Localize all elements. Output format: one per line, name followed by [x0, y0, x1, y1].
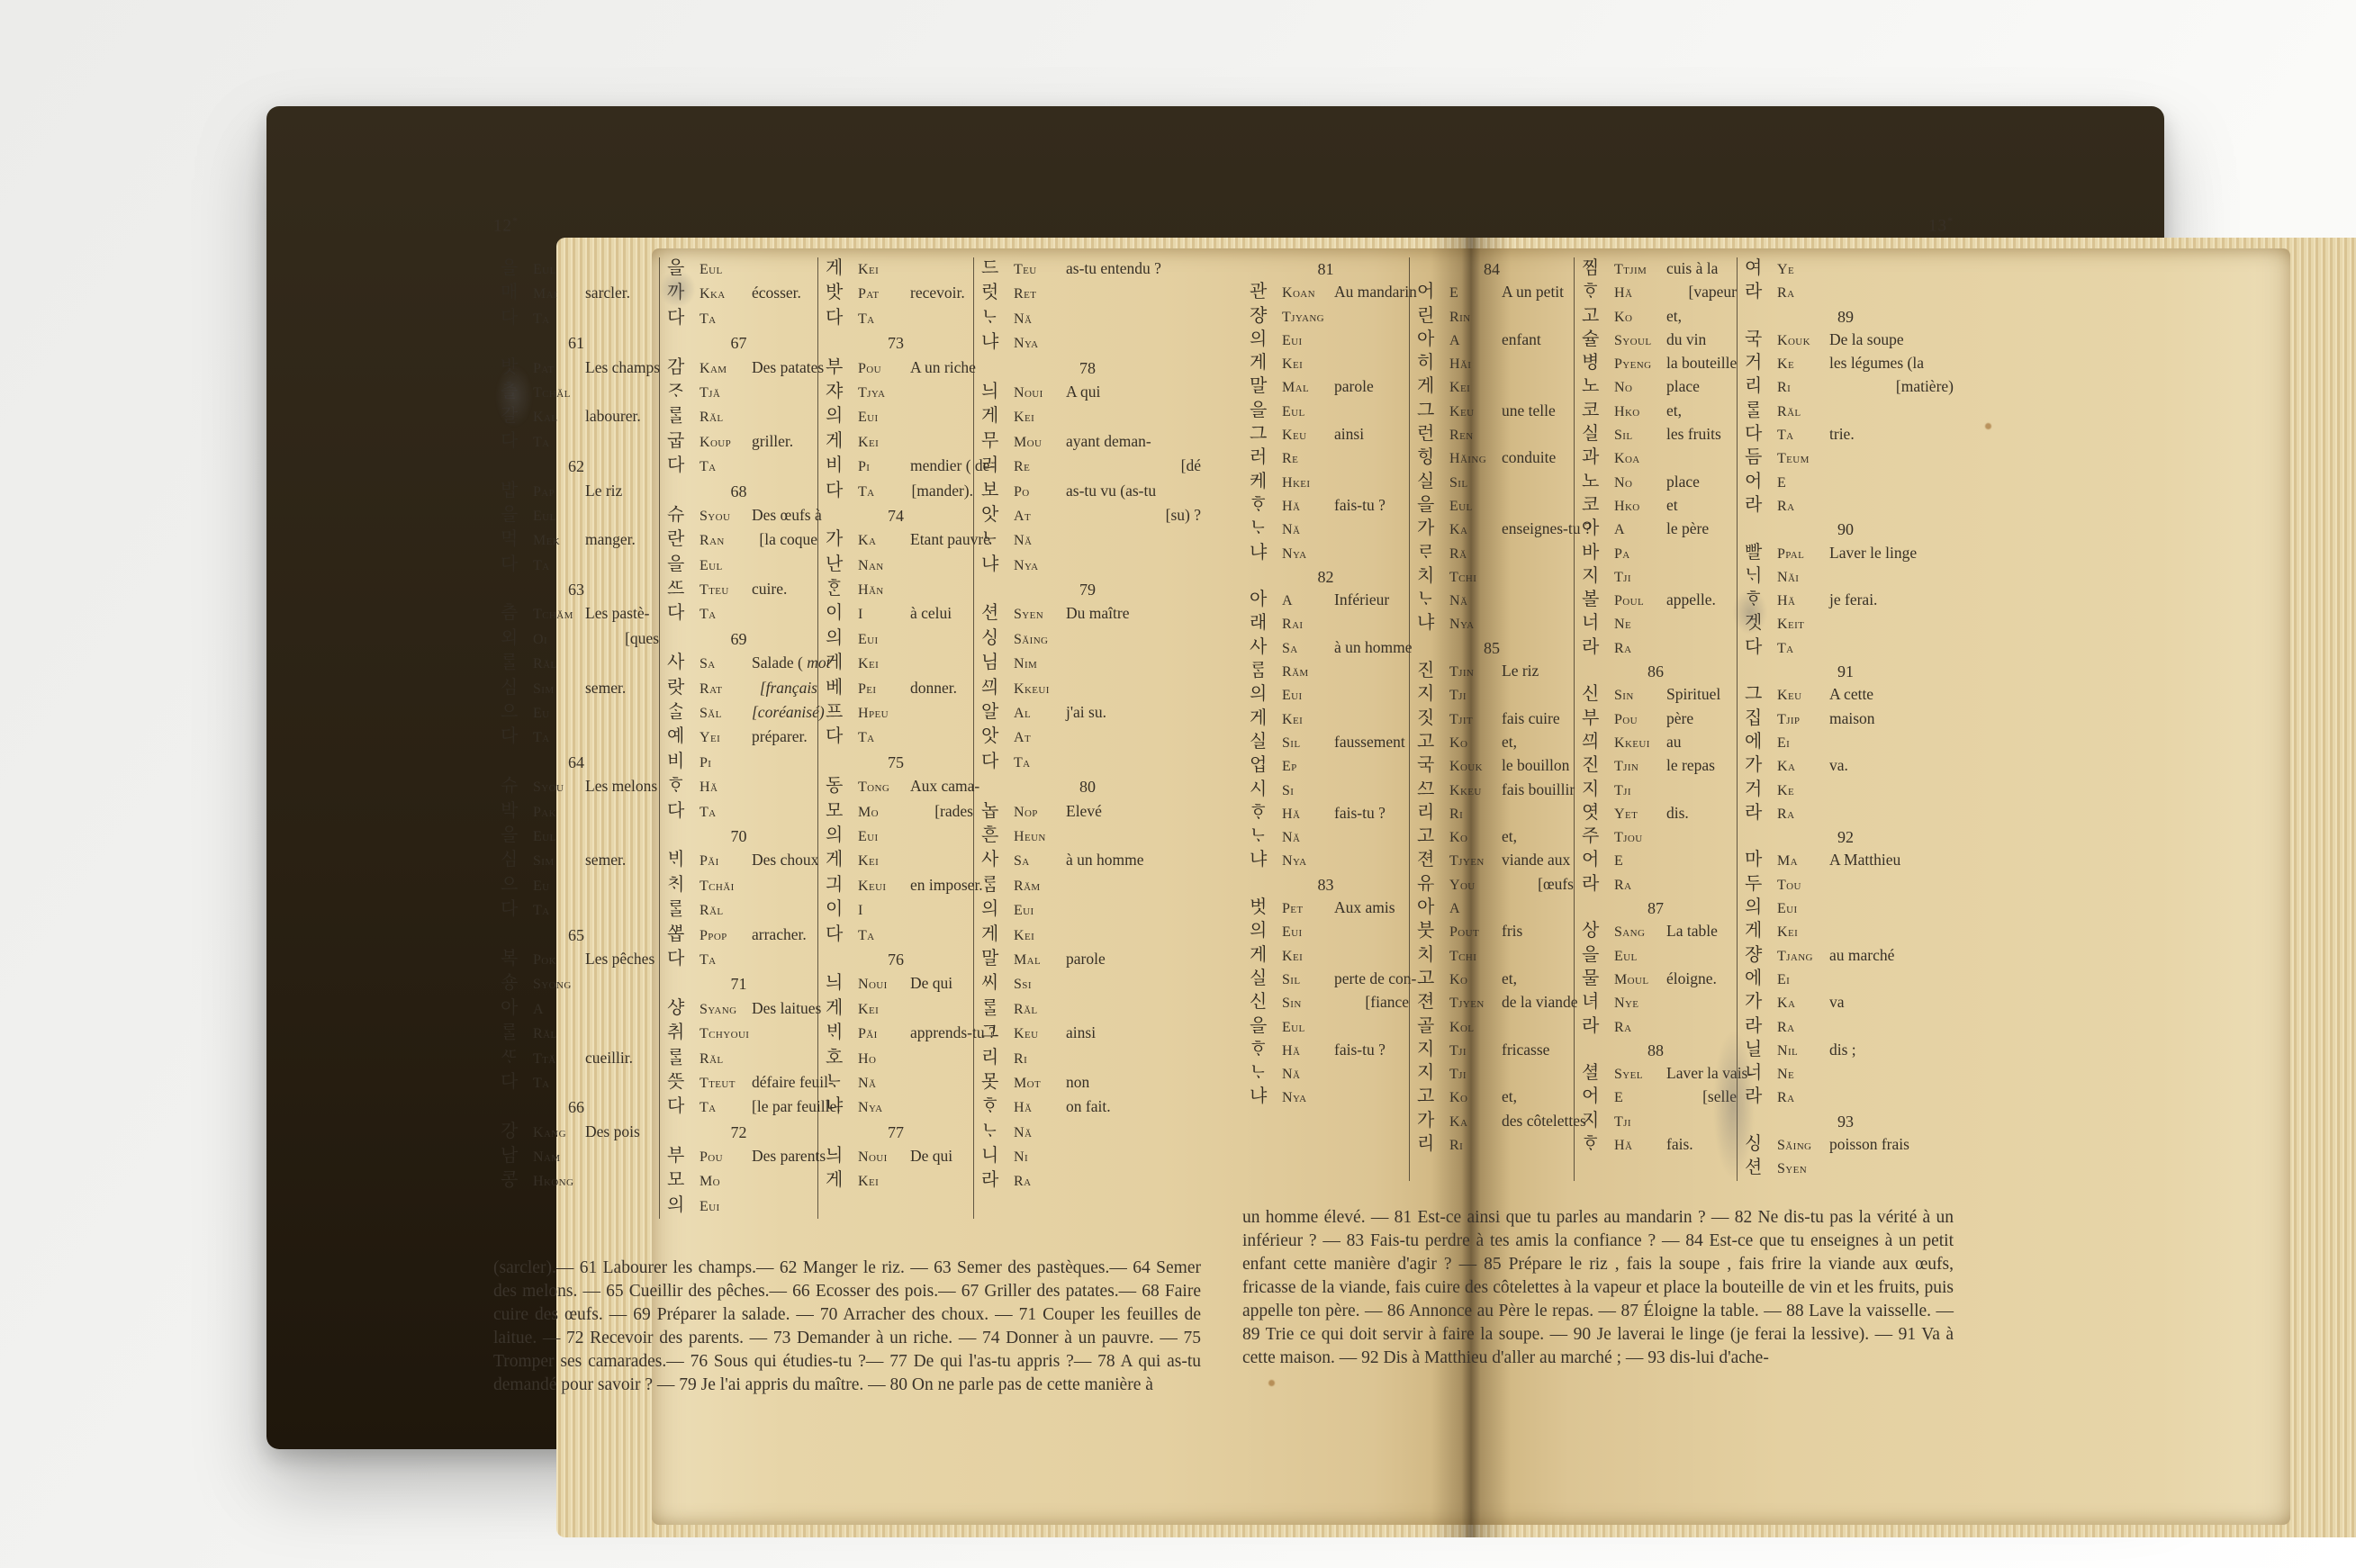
vocabulary-columns-right: 81관KoanAu mandarin쟝Tjyang의Eui게Kei말Malpar… — [1242, 257, 1954, 1181]
romanization: Tjyen — [1449, 996, 1502, 1012]
french-gloss: La table — [1666, 922, 1737, 941]
french-gloss: au — [1666, 733, 1737, 752]
hangul-glyph: 심 — [501, 849, 533, 869]
french-gloss: Laver le linge — [1829, 544, 1954, 563]
hangul-glyph: 골 — [1417, 1015, 1449, 1035]
hangul-glyph: 슈 — [667, 504, 700, 524]
section-number: 80 — [974, 775, 1201, 799]
french-gloss: et, — [1502, 969, 1574, 988]
romanization: Mal — [1282, 380, 1334, 396]
french-gloss: Des parents — [752, 1147, 826, 1166]
entry-row: 지Tji — [1410, 1062, 1574, 1086]
french-gloss: fais cuire — [1502, 709, 1574, 728]
romanization: Pout — [1449, 924, 1502, 941]
entry-row: 의Eui — [1738, 897, 1954, 920]
romanization: Syou — [533, 779, 585, 796]
hangul-glyph: 주 — [1582, 825, 1614, 845]
romanization: Ra — [1777, 499, 1829, 515]
hangul-glyph: 고 — [1582, 305, 1614, 325]
hangul-glyph: 비 — [667, 751, 700, 770]
hangul-glyph: 션 — [981, 602, 1014, 622]
romanization: Hăn — [858, 582, 910, 599]
entry-row: 의Eui — [660, 1194, 817, 1219]
hangul-glyph: 고 — [1417, 1086, 1449, 1105]
hangul-glyph: 까 — [667, 282, 700, 302]
entry-row: 동TongAux cama- — [818, 775, 973, 799]
entry-row: 다Ta[mander). — [818, 480, 973, 504]
french-gloss: et — [1666, 496, 1737, 515]
hangul-glyph: 라 — [1745, 494, 1777, 514]
french-gloss: éloigne. — [1666, 969, 1737, 988]
romanization: Noui — [1014, 385, 1066, 401]
romanization: A — [1449, 333, 1502, 349]
hangul-glyph: 부 — [1582, 707, 1614, 727]
romanization: Ret — [1014, 286, 1066, 302]
hangul-glyph: 보 — [981, 480, 1014, 500]
romanization: Ta — [700, 311, 752, 328]
hangul-glyph: 겟 — [1745, 612, 1777, 632]
hangul-glyph: 쟝 — [1250, 305, 1282, 325]
hangul-glyph: 이 — [826, 898, 858, 918]
hangul-glyph: 드 — [981, 257, 1014, 277]
entry-row: 게Kei — [974, 405, 1201, 429]
french-gloss: Aux cama- — [910, 777, 979, 796]
entry-row: 못Motnon — [974, 1071, 1201, 1095]
section-number: 81 — [1242, 257, 1409, 281]
entry-row: 앗At[su) ? — [974, 504, 1201, 528]
section-number: 75 — [818, 751, 973, 775]
romanization: Ra — [1614, 1020, 1666, 1036]
hangul-glyph: 라 — [1745, 802, 1777, 822]
hangul-glyph: ᄭᅴ — [1582, 731, 1614, 751]
hangul-glyph: 엿 — [1582, 802, 1614, 822]
french-gloss: De qui — [910, 974, 973, 993]
romanization: Kei — [858, 1174, 910, 1190]
entry-row: 쟝Tjangau marché — [1738, 944, 1954, 968]
romanization: Păi — [700, 853, 752, 870]
section-number: 73 — [818, 331, 973, 356]
romanization: Ei — [1777, 972, 1829, 988]
hangul-glyph: ᄅᆞᆷ — [981, 874, 1014, 894]
entry-row: 다Ta — [1738, 636, 1954, 660]
romanization: Kei — [1014, 410, 1066, 426]
hangul-glyph: 남 — [501, 1145, 533, 1165]
entry-row: 라Ra — [1738, 494, 1954, 518]
hangul-glyph: 게 — [826, 997, 858, 1017]
hangul-glyph: 라 — [1582, 636, 1614, 656]
hangul-glyph: ᄅᆞᆯ — [501, 1022, 533, 1041]
hangul-glyph: 다 — [667, 800, 700, 820]
french-gloss: faussement — [1334, 733, 1409, 752]
romanization: Răl — [700, 410, 752, 426]
entry-row: 부PouA un riche — [818, 356, 973, 381]
hangul-glyph: 과 — [1582, 446, 1614, 466]
hangul-glyph: 의 — [1745, 897, 1777, 916]
entry-row: ᄅᆞRă — [1410, 542, 1574, 565]
entry-row: 진TjinLe riz — [1410, 660, 1574, 683]
hangul-glyph: 알 — [981, 701, 1014, 721]
romanization: Ta — [533, 730, 585, 746]
entry-row: 복PokLes pêches — [493, 948, 659, 972]
hangul-glyph: 코 — [1582, 494, 1614, 514]
romanization: You — [1449, 878, 1502, 894]
hangul-glyph: 님 — [981, 652, 1014, 671]
section-number: 65 — [493, 924, 659, 948]
hangul-glyph: 의 — [1250, 683, 1282, 703]
hangul-glyph: 냐 — [826, 1095, 858, 1115]
entry-row: 알Alj'ai su. — [974, 701, 1201, 725]
romanization: Tchi — [1449, 949, 1502, 965]
hangul-glyph: ᄒᆞ — [1250, 494, 1282, 514]
romanization: Keui — [858, 879, 910, 895]
romanization: Sim — [533, 681, 585, 698]
french-gloss: Inférieur — [1334, 590, 1409, 609]
hangul-glyph: 냐 — [1250, 1086, 1282, 1105]
entry-row: ᄒᆞHă — [660, 775, 817, 799]
entry-row: ᄇᆡPăiDes choux — [660, 849, 817, 873]
entry-row: 취Tchyoui — [660, 1022, 817, 1046]
entry-row: 아A — [1410, 897, 1574, 920]
french-gloss: les fruits — [1666, 425, 1737, 444]
french-gloss: A cette — [1829, 685, 1954, 704]
entry-row: ᄒᆞHăfais-tu ? — [1242, 494, 1409, 518]
hangul-glyph: ᄌᆞ — [667, 381, 700, 401]
romanization: Eul — [1282, 404, 1334, 420]
french-gloss: fris — [1502, 922, 1574, 941]
french-gloss: place — [1666, 377, 1737, 396]
hangul-glyph: 늬 — [826, 1145, 858, 1165]
romanization: Eul — [1614, 949, 1666, 965]
french-gloss: fais-tu ? — [1334, 1041, 1409, 1059]
romanization: Nop — [1014, 805, 1066, 821]
french-gloss: Des patates — [752, 358, 824, 377]
french-gloss: Des œufs à — [752, 506, 822, 525]
entry-row: 치Tchi — [1410, 565, 1574, 589]
hangul-glyph: 고 — [1417, 968, 1449, 987]
hangul-glyph: 어 — [1582, 849, 1614, 869]
romanization: Sang — [1614, 924, 1666, 941]
hangul-glyph: 듬 — [1745, 446, 1777, 466]
section-number: 69 — [660, 627, 817, 652]
romanization: Hpeu — [858, 706, 910, 722]
entry-row: 가KaEtant pauvre — [818, 528, 973, 553]
romanization: Tji — [1449, 1067, 1502, 1083]
romanization: Kol — [1449, 1020, 1502, 1036]
hangul-glyph: 게 — [1250, 352, 1282, 372]
romanization: Tou — [1777, 878, 1829, 894]
romanization: Mot — [1014, 1076, 1066, 1092]
french-gloss: enfant — [1502, 330, 1574, 349]
entry-row: 지Tji — [1575, 1110, 1737, 1133]
entry-row: 무Mouayant deman- — [974, 430, 1201, 455]
hangul-glyph: 그 — [1417, 400, 1449, 419]
hangul-glyph: 지 — [1417, 683, 1449, 703]
hangul-glyph: 다 — [667, 948, 700, 968]
french-gloss: parole — [1066, 950, 1201, 969]
romanization: Pou — [1614, 712, 1666, 728]
romanization: Nă — [1282, 830, 1334, 846]
french-gloss: du vin — [1666, 330, 1737, 349]
section-number: 85 — [1410, 636, 1574, 660]
photo-background: 12* 을Eul매Maisarcler.다Ta61밧PatLes champs츨… — [0, 0, 2356, 1568]
entry-row: 니Ni — [974, 1145, 1201, 1169]
romanization: Pok — [533, 952, 585, 969]
romanization: Pa — [1614, 546, 1666, 563]
hangul-glyph: 다 — [667, 307, 700, 327]
french-gloss: semer. — [585, 851, 659, 870]
romanization: Al — [1014, 706, 1066, 722]
french-gloss: place — [1666, 473, 1737, 491]
entry-row: ᄂᆞNă — [1242, 825, 1409, 849]
french-gloss: Le riz — [585, 482, 659, 500]
romanization: Pi — [700, 755, 752, 771]
romanization: Hăing — [1449, 451, 1502, 467]
entry-row: ᄉᆞᆯSăl[coréanisé) — [660, 701, 817, 725]
hangul-glyph: 볼 — [1582, 589, 1614, 608]
hangul-glyph: 으 — [501, 701, 533, 721]
romanization: Hă — [1014, 1100, 1066, 1116]
romanization: Ta — [858, 311, 910, 328]
hangul-glyph: 의 — [667, 1194, 700, 1214]
entry-row: 비Pi — [660, 751, 817, 775]
hangul-glyph: 못 — [981, 1071, 1014, 1091]
entry-row: 씨Ssi — [974, 972, 1201, 996]
entry-row: ᄂᆞNă — [1410, 589, 1574, 612]
hangul-glyph: 랏 — [667, 677, 700, 697]
french-gloss: dis ; — [1829, 1041, 1954, 1059]
romanization: Tjit — [1449, 712, 1502, 728]
romanization: Ka — [1777, 759, 1829, 775]
romanization: Tjang — [1777, 949, 1829, 965]
french-gloss: et, — [1502, 1087, 1574, 1106]
romanization: Keit — [1777, 617, 1829, 633]
french-gloss: et, — [1666, 401, 1737, 420]
romanization: Pou — [700, 1149, 752, 1166]
romanization: I — [858, 903, 910, 919]
hangul-glyph: ᄅᆞᆯ — [667, 405, 700, 425]
section-number: 70 — [660, 825, 817, 849]
romanization: Eul — [533, 509, 585, 525]
hangul-glyph: 국 — [1745, 329, 1777, 348]
romanization: Eu — [533, 879, 585, 895]
romanization: E — [1614, 1090, 1666, 1106]
french-gloss: ainsi — [1066, 1023, 1201, 1042]
hangul-glyph: 가 — [1745, 754, 1777, 774]
hangul-glyph: 치 — [1417, 944, 1449, 964]
romanization: Răl — [533, 656, 585, 672]
hangul-glyph: 지 — [1582, 1110, 1614, 1130]
romanization: Ka — [1777, 996, 1829, 1012]
column: 게Kei밧Patrecevoir.다Ta73부PouA un riche쟈Tjy… — [818, 257, 974, 1219]
hangul-glyph: 진 — [1582, 754, 1614, 774]
entry-row: 어E — [1738, 471, 1954, 494]
french-gloss: [matière) — [1829, 377, 1954, 396]
hangul-glyph: 밥 — [501, 480, 533, 500]
hangul-glyph: 국 — [1417, 754, 1449, 774]
hangul-glyph: 을 — [1417, 494, 1449, 514]
hangul-glyph: 니 — [981, 1145, 1014, 1165]
entry-row: 젼Tjyende la viande — [1410, 991, 1574, 1014]
romanization: Nă — [1282, 522, 1334, 538]
romanization: Tjin — [1614, 759, 1666, 775]
hangul-glyph: 베 — [826, 677, 858, 697]
romanization: No — [1614, 380, 1666, 396]
hangul-glyph: 어 — [1745, 471, 1777, 491]
hangul-glyph: 다 — [826, 924, 858, 943]
romanization: Kei — [858, 435, 910, 451]
hangul-glyph: 업 — [1250, 754, 1282, 774]
french-gloss: va. — [1829, 756, 1954, 775]
hangul-glyph: 거 — [1745, 352, 1777, 372]
hangul-glyph: 사 — [1250, 636, 1282, 656]
entry-row: 라Ra — [1575, 1015, 1737, 1039]
entry-row: 과Koa — [1575, 446, 1737, 470]
hangul-glyph: 그 — [1250, 423, 1282, 443]
romanization: Hă — [1777, 593, 1829, 609]
section-number: 66 — [493, 1095, 659, 1120]
french-gloss: [la coque — [752, 530, 817, 549]
hangul-glyph: 냐 — [1250, 849, 1282, 869]
entry-row: 신SinSpirituel — [1575, 683, 1737, 707]
french-gloss: une telle — [1502, 401, 1574, 420]
entry-row: 게Kei — [818, 652, 973, 676]
entry-row: 모Mo — [660, 1169, 817, 1194]
hangul-glyph: 싱 — [981, 627, 1014, 647]
hangul-glyph: 짓 — [1417, 707, 1449, 727]
entry-row: 을Eul — [660, 554, 817, 578]
entry-row: 숑Syong — [493, 972, 659, 996]
hangul-glyph: 난 — [826, 554, 858, 573]
entry-row: 가Kaenseignes-tu ? — [1410, 518, 1574, 541]
column: 드Teuas-tu entendu ?럿RetᄂᆞNă냐Nya78늬NouiA … — [974, 257, 1201, 1219]
french-gloss: écosser. — [752, 284, 817, 302]
entry-row: 빨PpalLaver le linge — [1738, 542, 1954, 565]
french-gloss: Du maître — [1066, 604, 1201, 623]
entry-row: 라Ra — [1738, 1086, 1954, 1109]
romanization: Săing — [1014, 632, 1066, 648]
section-number: 78 — [974, 356, 1201, 381]
entry-row: 여Ye — [1738, 257, 1954, 281]
entry-row: 붓Poutfris — [1410, 920, 1574, 943]
entry-row: 리Ri — [974, 1047, 1201, 1071]
romanization: Hkei — [1282, 475, 1334, 491]
french-gloss: [mander). — [910, 482, 973, 500]
romanization: Kei — [1014, 928, 1066, 944]
entry-row: 가Kava — [1738, 991, 1954, 1014]
romanization: Moul — [1614, 972, 1666, 988]
section-number: 86 — [1575, 660, 1737, 683]
romanization: Pak — [533, 805, 585, 821]
hangul-glyph: 린 — [1417, 305, 1449, 325]
romanization: Ta — [1777, 641, 1829, 657]
romanization: Poul — [1614, 593, 1666, 609]
entry-row: 밧Patrecevoir. — [818, 282, 973, 306]
entry-row: 베Peidonner. — [818, 677, 973, 701]
entry-row: 실Silfaussement — [1242, 731, 1409, 754]
romanization: Yei — [700, 730, 752, 746]
entry-row: 실Silles fruits — [1575, 423, 1737, 446]
entry-row: 을Eul — [493, 257, 659, 282]
hangul-glyph: 리 — [1417, 1133, 1449, 1153]
entry-row: 늬NouiA qui — [974, 381, 1201, 405]
entry-row: 먹Mekmanger. — [493, 528, 659, 553]
entry-row: 의Eui — [1242, 920, 1409, 943]
entry-row: 쟝Tjyang — [1242, 305, 1409, 329]
entry-row: 보Poas-tu vu (as-tu — [974, 480, 1201, 504]
entry-row: 다Tatrie. — [1738, 423, 1954, 446]
romanization: Ko — [1449, 735, 1502, 752]
hangul-glyph: 마 — [1745, 849, 1777, 869]
page-number-left: 12* — [493, 214, 1201, 241]
entry-row: 사Saà un homme — [974, 849, 1201, 873]
column: 81관KoanAu mandarin쟝Tjyang의Eui게Kei말Malpar… — [1242, 257, 1410, 1181]
romanization: Eui — [1777, 901, 1829, 917]
romanization: Ppop — [700, 928, 752, 944]
entry-row: 그Keuainsi — [974, 1022, 1201, 1046]
hangul-glyph: 사 — [981, 849, 1014, 869]
romanization: Tji — [1614, 1114, 1666, 1131]
romanization: Mek — [533, 533, 585, 549]
entry-row: 실Sil — [1410, 471, 1574, 494]
entry-row: ᄅᆞᆯRăl — [660, 898, 817, 923]
romanization: Ta — [858, 730, 910, 746]
hangul-glyph: 아 — [501, 997, 533, 1017]
romanization: Nam — [533, 1149, 585, 1166]
hangul-glyph: 지 — [1417, 1062, 1449, 1082]
french-gloss: cuis à la — [1666, 259, 1737, 278]
entry-row: 럿Ret — [974, 282, 1201, 306]
entry-row: 님Nim — [974, 652, 1201, 676]
romanization: Pat — [533, 361, 585, 377]
romanization: No — [1614, 475, 1666, 491]
hangul-glyph: 러 — [1250, 446, 1282, 466]
entry-row: 젼Tjyenviande aux — [1410, 849, 1574, 872]
hangul-glyph: 지 — [1582, 779, 1614, 798]
hangul-glyph: 을 — [1250, 1015, 1282, 1035]
romanization: Săl — [700, 706, 752, 722]
french-gloss: Des pois — [585, 1122, 659, 1141]
french-gloss: [coréanisé) — [752, 703, 825, 722]
entry-row: 래Rai — [1242, 612, 1409, 635]
romanization: Sa — [1014, 853, 1066, 870]
entry-row: 으Eu — [493, 701, 659, 725]
entry-row: 거Ke — [1738, 779, 1954, 802]
hangul-glyph: 부 — [826, 356, 858, 376]
entry-row: 을Eul — [493, 825, 659, 849]
entry-row: 라Ra — [1738, 1015, 1954, 1039]
romanization: Mai — [533, 286, 585, 302]
entry-row: 게Kei — [974, 924, 1201, 948]
hangul-glyph: 게 — [826, 1169, 858, 1189]
hangul-glyph: 씨 — [981, 972, 1014, 992]
hangul-glyph: 을 — [667, 257, 700, 277]
hangul-glyph: 코 — [1582, 400, 1614, 419]
entry-row: 게Kei — [1242, 352, 1409, 375]
french-gloss: et, — [1502, 827, 1574, 846]
romanization: Tji — [1614, 570, 1666, 586]
french-gloss: semer. — [585, 679, 659, 698]
french-gloss: [français — [752, 679, 817, 698]
section-number: 72 — [660, 1121, 817, 1145]
entry-row: 지Tji — [1575, 565, 1737, 589]
entry-row: 냐Nya — [1242, 542, 1409, 565]
romanization: Ei — [1777, 735, 1829, 752]
hangul-glyph: 호 — [826, 1047, 858, 1067]
entry-row: 긔Keuien imposer. — [818, 874, 973, 898]
romanization: Eui — [858, 410, 910, 426]
hangul-glyph: 가 — [1417, 518, 1449, 537]
romanization: Răl — [700, 903, 752, 919]
